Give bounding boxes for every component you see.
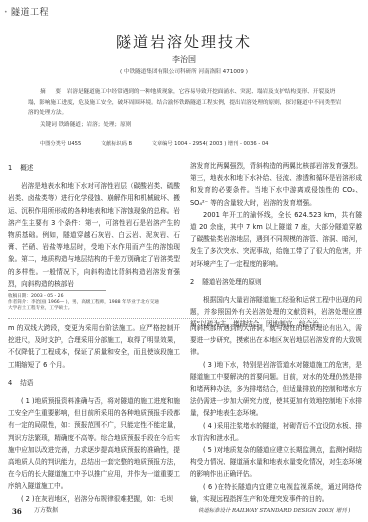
section-2-heading: 2隧道岩溶处理的原则 [190, 276, 362, 288]
article-affiliation: ( 中铁隧道集团有限公司科研所 河南洛阳 471009 ) [0, 67, 368, 75]
section-3-tail: m 的双线大跨段，变更为采用台阶法施工。应严格控制开挖进尺，及时支护，合理采用分… [8, 322, 180, 371]
heading-text: 隧道岩溶处理的原则 [202, 278, 261, 286]
section-tag-label: 隧道工程 [11, 8, 49, 18]
conclusion-2-continued: 向斜核部所遇到的大溶洞，就与现在的地质理论有出入，需要进一步研究，摸索出在本地区… [190, 322, 362, 359]
left-column-bottom: m 的双线大跨段，变更为采用台阶法施工。应严格控制开挖进尺，及时支护，合理采用分… [8, 322, 180, 505]
section-1-paragraph-2: 2001 年开工的渝怀线，全长 624.523 km，共有隧道 20 余座，其中… [190, 209, 362, 270]
section-1-continued: 溶发育比两翼强烈，背斜构造的两翼比核部岩溶发育强烈。第三，地表水和地下水补给、径… [190, 160, 362, 209]
article-author: 李治国 [0, 54, 368, 65]
doc-code: 文献标识码 B [101, 141, 132, 147]
conclusion-6: ( 6 )在特长隧道内宜建立电视监视系统，通过网络传输，实现远程指挥生产和处理突… [190, 481, 362, 505]
heading-number: 4 [8, 379, 12, 387]
conclusion-2-start: ( 2 )在灰岩地区，岩溶分布规律很难把握，如：毛坝 [8, 493, 180, 505]
section-1-paragraph: 岩溶是地表水和地下水对可溶性岩层（碳酸岩类、硫酸岩类、卤盐类等）进行化学侵蚀、崩… [8, 180, 180, 290]
conclusion-4: ( 4 )采用注浆堵水的隧道，衬砌背后不宜设防水板、排水盲沟和泄水孔。 [190, 420, 362, 444]
right-column-top: 溶发育比两翼强烈，背斜构造的两翼比核部岩溶发育强烈。第三，地表水和地下水补给、径… [190, 160, 362, 331]
watermark: 万方数据 [34, 505, 58, 514]
abstract-label: 摘 要 [40, 89, 65, 95]
bullet-icon: • [4, 9, 8, 16]
author-footnote: 收稿日期：2003 - 05 - 26 作者简介：李治国( 1966— )，男，… [8, 294, 178, 312]
section-4-heading: 4结语 [8, 377, 180, 389]
left-column-top: 1概述 岩溶是地表水和地下水对可溶性岩层（碳酸岩类、硫酸岩类、卤盐类等）进行化学… [8, 162, 180, 290]
conclusion-1: ( 1 )地质预报资料准确与否，将对隧道的施工进度和施工安全产生重要影响，但目前… [8, 395, 180, 493]
author-bio-2: 大学岩土工程专业，工学硕士。 [8, 306, 178, 312]
keywords-text: 铁路隧道；岩溶；处理；原则 [59, 122, 132, 128]
footnote-rule [8, 290, 106, 291]
conclusion-5: ( 5 )对地质复杂的隧道应建立长期监测点，监测衬砌结构受力情况、隧道涌水量和地… [190, 444, 362, 481]
section-tag: •隧道工程 [4, 5, 49, 18]
page-number: 36 [12, 507, 22, 516]
journal-footer: 铁道标准设计 RAILWAY STANDARD DESIGN 2003( 增刊 … [198, 506, 350, 514]
heading-number: 1 [8, 164, 12, 172]
heading-text: 结语 [20, 379, 33, 387]
article-title: 隧道岩溶处理技术 [0, 31, 368, 52]
classification-line: 中图分类号 U455 文献标识码 B 文章编号 1004 - 2954( 200… [40, 140, 286, 147]
right-column-bottom: 向斜核部所遇到的大溶洞，就与现在的地质理论有出入，需要进一步研究，摸索出在本地区… [190, 322, 362, 505]
conclusion-3: ( 3 )地下水，特别是岩溶管道水对隧道施工的危害，是隧道施工中要解决的首要问题… [190, 359, 362, 420]
heading-number: 2 [190, 278, 194, 286]
section-1-heading: 1概述 [8, 162, 180, 174]
heading-text: 概述 [20, 164, 33, 172]
abstract-text: 岩溶是隧道施工中经常遇到的一种地质现象，它容易导致开挖面涌水、突泥、塌岩及支护结… [28, 89, 341, 116]
clc-code: 中图分类号 U455 [40, 141, 81, 147]
abstract: 摘 要 岩溶是隧道施工中经常遇到的一种地质现象，它容易导致开挖面涌水、突泥、塌岩… [28, 87, 346, 119]
keywords: 关键词 铁路隧道；岩溶；处理；原则 [40, 120, 131, 128]
keywords-label: 关键词 [40, 122, 57, 128]
article-number: 文章编号 1004 - 2954( 2003 ) 增刊 - 0036 - 04 [152, 141, 269, 147]
